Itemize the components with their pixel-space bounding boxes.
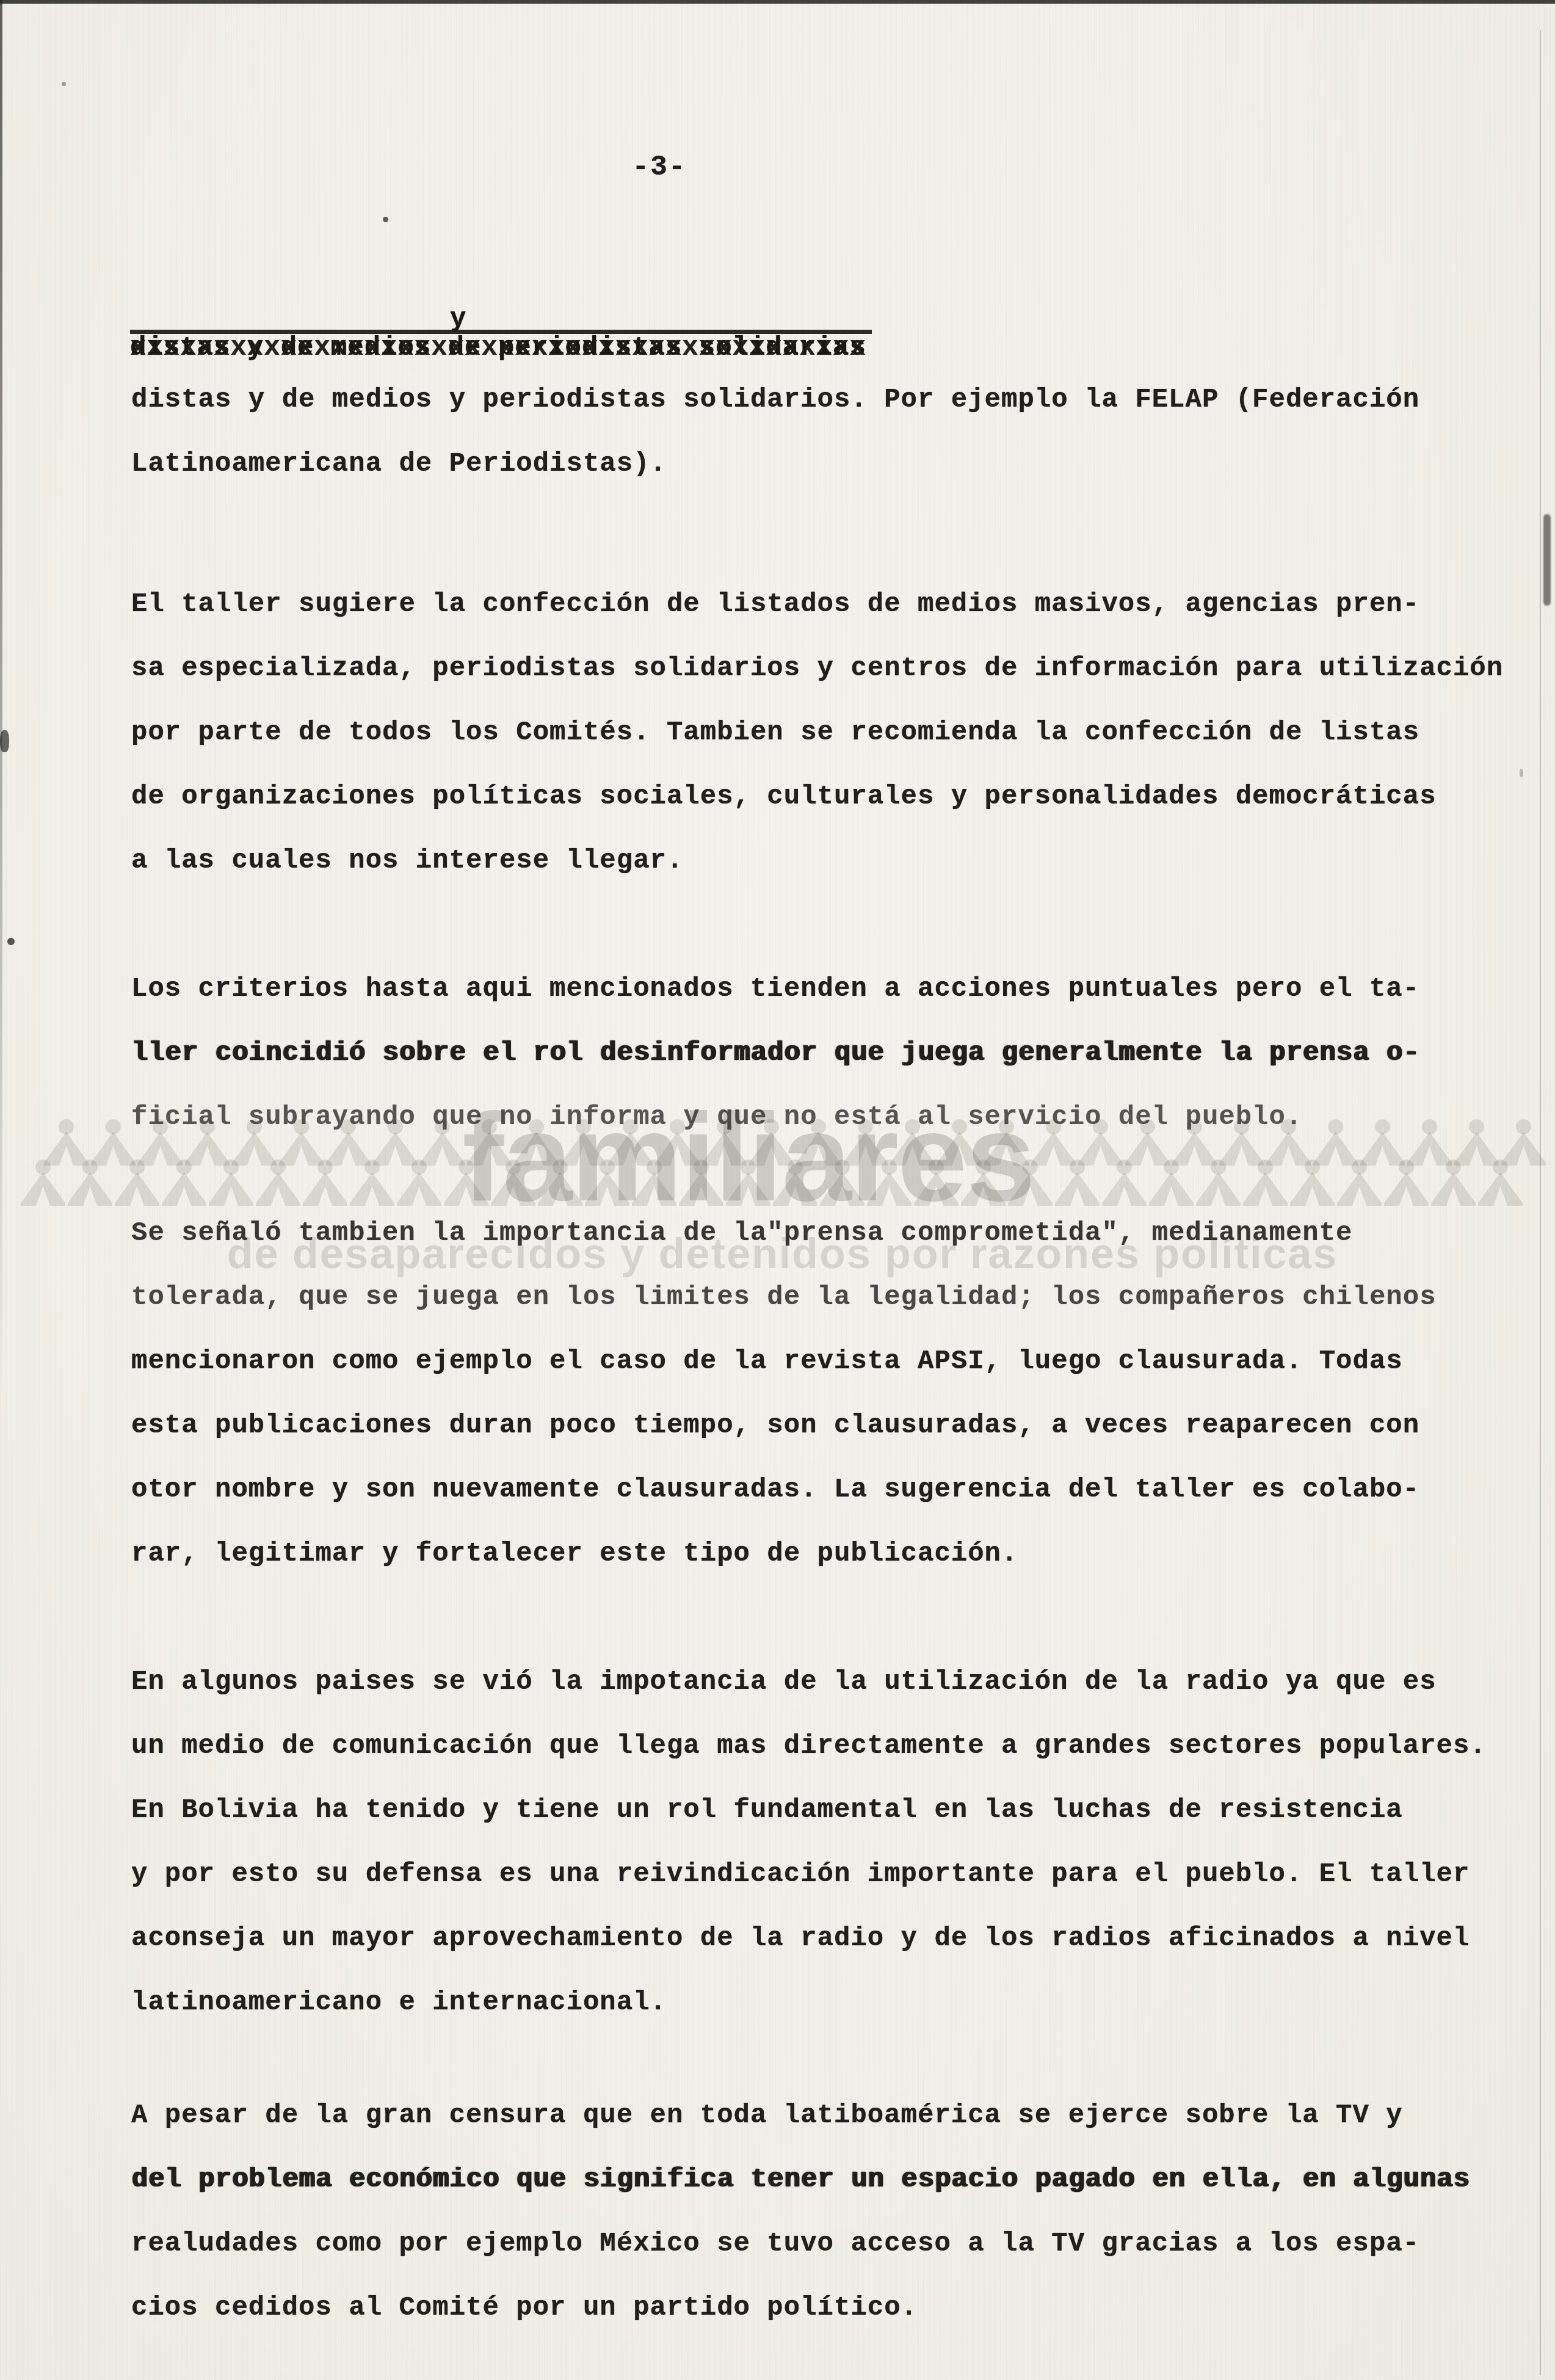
- scan-edge-top: [0, 0, 1555, 4]
- text-line: sa especializada, periodistas solidarios…: [131, 637, 1529, 701]
- paragraph: distas y de medios y periodistas solidar…: [131, 368, 1529, 496]
- text-line: ller coincidió sobre el rol desinformado…: [131, 1021, 1529, 1086]
- text-line: Los criterios hasta aqui mencionados tie…: [131, 957, 1529, 1021]
- text-line: A pesar de la gran censura que en toda l…: [131, 2084, 1529, 2148]
- inserted-correction: y: [450, 304, 466, 335]
- text-line: tolerada, que se juega en los limites de…: [131, 1266, 1529, 1330]
- text-line: rar, legitimar y fortalecer este tipo de…: [131, 1522, 1529, 1586]
- ink-speck: [7, 938, 15, 945]
- text-line: distas y de medios y periodistas solidar…: [131, 368, 1529, 432]
- text-line: Se señaló tambien la importancia de la"p…: [131, 1202, 1529, 1266]
- text-line: un medio de comunicación que llega mas d…: [131, 1714, 1529, 1779]
- paragraph: A pesar de la gran censura que en toda l…: [131, 2084, 1529, 2340]
- text-line: otor nombre y son nuevamente clausuradas…: [131, 1458, 1529, 1522]
- paragraph: El taller sugiere la confección de lista…: [131, 573, 1529, 893]
- text-line: latinoamericano e internacional.: [131, 1971, 1529, 2035]
- text-line: Latinoamericana de Periodistas).: [131, 432, 1529, 496]
- overtype-x-marks: xxxxxxxxxxxxxxxxxxxxxxxxxxxxxxxxxxxxxxxx…: [130, 330, 866, 366]
- text-line: por parte de todos los Comités. Tambien …: [131, 701, 1529, 765]
- ink-speck: [62, 82, 66, 86]
- paragraph: En algunos paises se vió la impotancia d…: [131, 1650, 1529, 2035]
- text-line: a las cuales nos interese llegar.: [131, 829, 1529, 893]
- text-line: de organizaciones políticas sociales, cu…: [131, 765, 1529, 829]
- text-line: En algunos paises se vió la impotancia d…: [131, 1650, 1529, 1714]
- paragraph: Los criterios hasta aqui mencionados tie…: [131, 957, 1529, 1150]
- text-line: mencionaron como ejemplo el caso de la r…: [131, 1330, 1529, 1394]
- scan-edge-right: [1540, 31, 1541, 2375]
- text-line: El taller sugiere la confección de lista…: [131, 573, 1529, 637]
- scanned-typewritten-page: familiares de desaparecidos y detenidos …: [0, 0, 1555, 2380]
- scan-ink-streak: [1543, 514, 1551, 606]
- ink-speck: [0, 730, 9, 752]
- text-line: esta publicaciones duran poco tiempo, so…: [131, 1394, 1529, 1458]
- text-line: aconseja un mayor aprovechamiento de la …: [131, 1907, 1529, 1971]
- text-line: En Bolivia ha tenido y tiene un rol fund…: [131, 1779, 1529, 1843]
- paragraph: Se señaló tambien la importancia de la"p…: [131, 1202, 1529, 1586]
- strike-bar: [130, 330, 872, 334]
- text-line: y por esto su defensa es una reivindicac…: [131, 1843, 1529, 1907]
- text-line: del problema económico que significa ten…: [131, 2148, 1529, 2212]
- text-line: ficial subrayando que no informa y que n…: [131, 1086, 1529, 1150]
- ink-speck: [383, 217, 388, 222]
- text-line: realudades como por ejemplo México se tu…: [131, 2212, 1529, 2276]
- text-line: cios cedidos al Comité por un partido po…: [131, 2276, 1529, 2340]
- page-number: -3-: [620, 151, 699, 183]
